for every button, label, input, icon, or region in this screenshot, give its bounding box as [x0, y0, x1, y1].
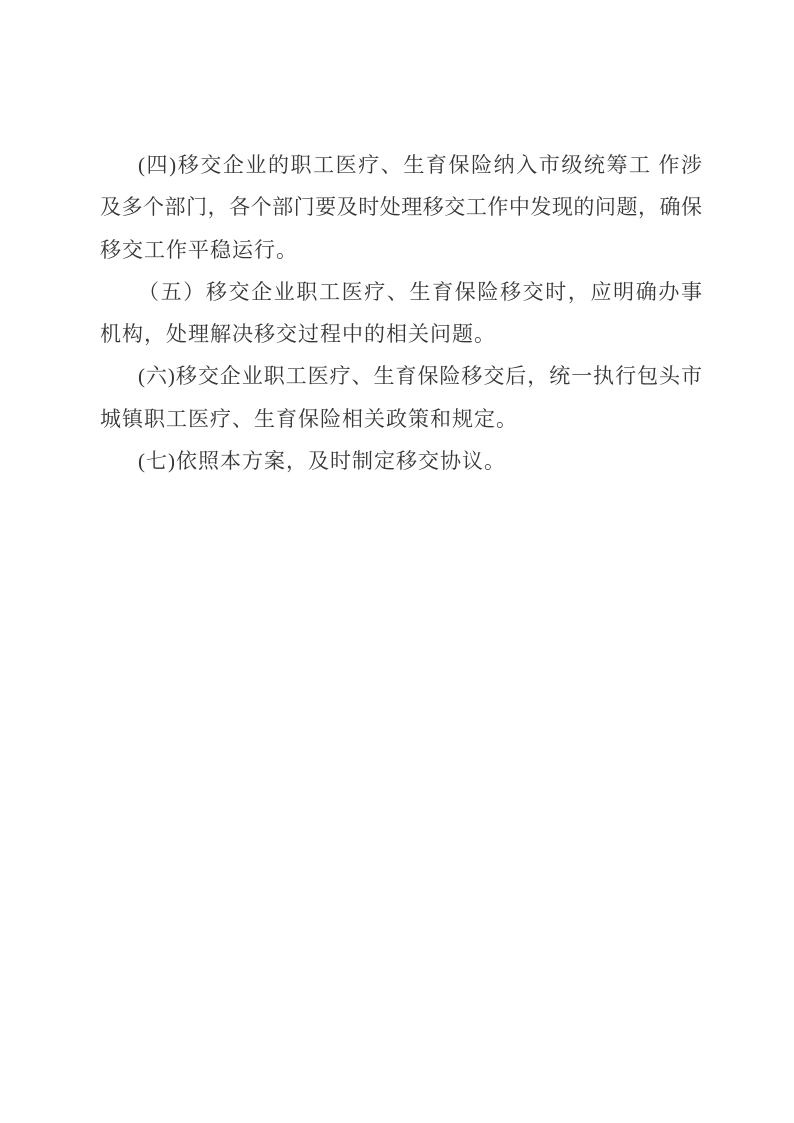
document-body: (四)移交企业的职工医疗、生育保险纳入市级统筹工 作涉及多个部门，各个部门要及时…: [100, 144, 702, 482]
text-line: 机构，处理解决移交过程中的相关问题。: [100, 313, 702, 355]
paragraph: （五）移交企业职工医疗、生育保险移交时，应明确办事机构，处理解决移交过程中的相关…: [100, 271, 702, 356]
document-page: (四)移交企业的职工医疗、生育保险纳入市级统筹工 作涉及多个部门，各个部门要及时…: [0, 0, 794, 1123]
text-line: (四)移交企业的职工医疗、生育保险纳入市级统筹工 作涉: [100, 144, 702, 186]
paragraph: (六)移交企业职工医疗、生育保险移交后，统一执行包头市城镇职工医疗、生育保险相关…: [100, 355, 702, 440]
paragraph: (四)移交企业的职工医疗、生育保险纳入市级统筹工 作涉及多个部门，各个部门要及时…: [100, 144, 702, 271]
text-line: (七)依照本方案，及时制定移交协议。: [100, 440, 702, 482]
paragraph: (七)依照本方案，及时制定移交协议。: [100, 440, 702, 482]
text-line: 城镇职工医疗、生育保险相关政策和规定。: [100, 398, 702, 440]
text-line: 移交工作平稳运行。: [100, 229, 702, 271]
text-line: （五）移交企业职工医疗、生育保险移交时，应明确办事: [100, 271, 702, 313]
text-line: (六)移交企业职工医疗、生育保险移交后，统一执行包头市: [100, 355, 702, 397]
text-line: 及多个部门，各个部门要及时处理移交工作中发现的问题，确保: [100, 186, 702, 228]
